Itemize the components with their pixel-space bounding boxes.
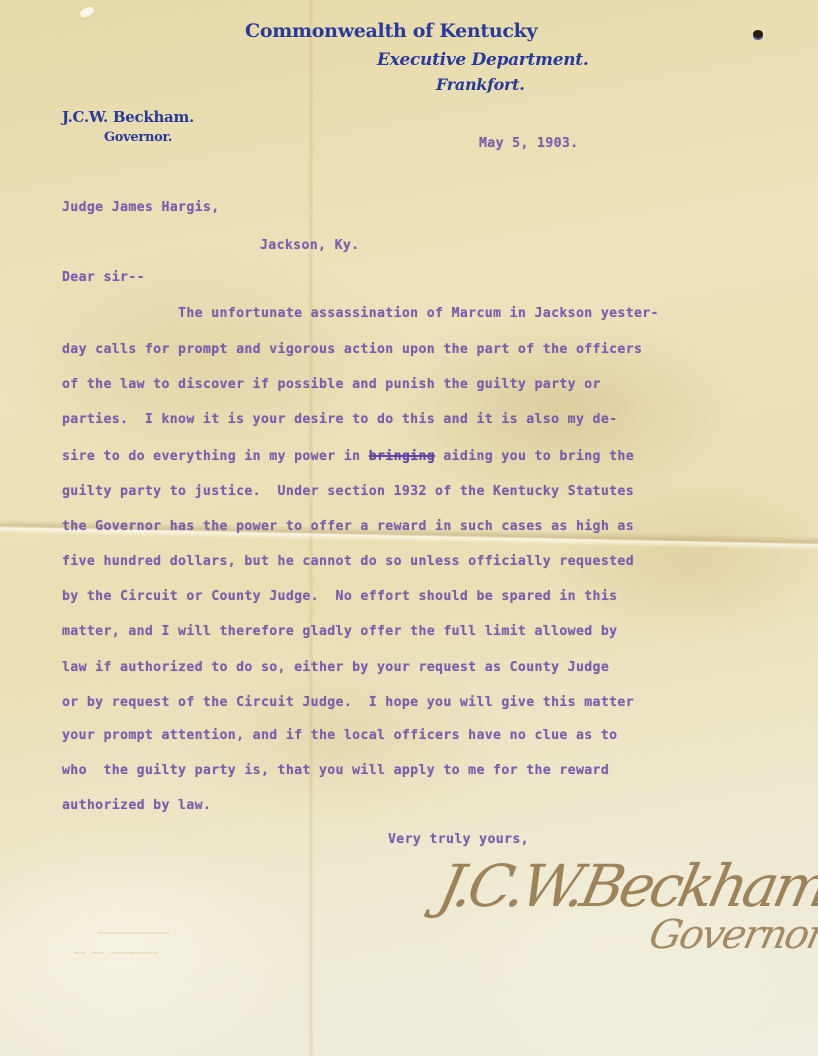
body-line: of the law to discover if possible and p… <box>62 377 601 392</box>
body-line: authorized by law. <box>62 798 211 813</box>
letter-page: Commonwealth of Kentucky Executive Depar… <box>0 0 818 1056</box>
signature: J.C.W.Beckham <box>433 852 818 920</box>
body-line: day calls for prompt and vigorous action… <box>62 342 642 357</box>
body-line: matter, and I will therefore gladly offe… <box>62 624 617 639</box>
struck-word: bringing <box>369 449 435 464</box>
paper-hole <box>753 30 763 38</box>
sender-name: J.C.W. Beckham. <box>62 108 194 126</box>
body-line: parties. I know it is your desire to do … <box>62 412 617 427</box>
closing: Very truly yours, <box>388 832 529 847</box>
letterhead-department: Executive Department. <box>377 50 588 70</box>
body-line-text: sire to do everything in my power in <box>62 449 369 464</box>
body-line: The unfortunate assassination of Marcum … <box>62 306 659 321</box>
body-line: the Governor has the power to offer a re… <box>62 519 634 534</box>
bleed-through-text: ~~ ~~ ~~~~~~~~ <box>74 948 158 959</box>
addressee-city: Jackson, Ky. <box>260 238 359 253</box>
paper-tear <box>79 5 95 18</box>
body-line: sire to do everything in my power in bri… <box>62 449 634 464</box>
bleed-through-text: ~~~~~~~~~~~~ <box>98 928 170 939</box>
sender-title: Governor. <box>104 130 172 145</box>
addressee-name: Judge James Hargis, <box>62 200 220 215</box>
body-line: who the guilty party is, that you will a… <box>62 763 609 778</box>
letterhead-city: Frankfort. <box>436 75 525 94</box>
body-line: guilty party to justice. Under section 1… <box>62 484 634 499</box>
body-line: or by request of the Circuit Judge. I ho… <box>62 695 634 710</box>
body-line: law if authorized to do so, either by yo… <box>62 660 609 675</box>
body-line-text: aiding you to bring the <box>435 449 634 464</box>
letterhead-commonwealth: Commonwealth of Kentucky <box>245 20 537 42</box>
body-line: your prompt attention, and if the local … <box>62 728 617 743</box>
body-line: by the Circuit or County Judge. No effor… <box>62 589 617 604</box>
body-line: five hundred dollars, but he cannot do s… <box>62 554 634 569</box>
letter-date: May 5, 1903. <box>479 136 578 151</box>
salutation: Dear sir-- <box>62 270 145 285</box>
signature-title: Governor <box>645 912 818 958</box>
